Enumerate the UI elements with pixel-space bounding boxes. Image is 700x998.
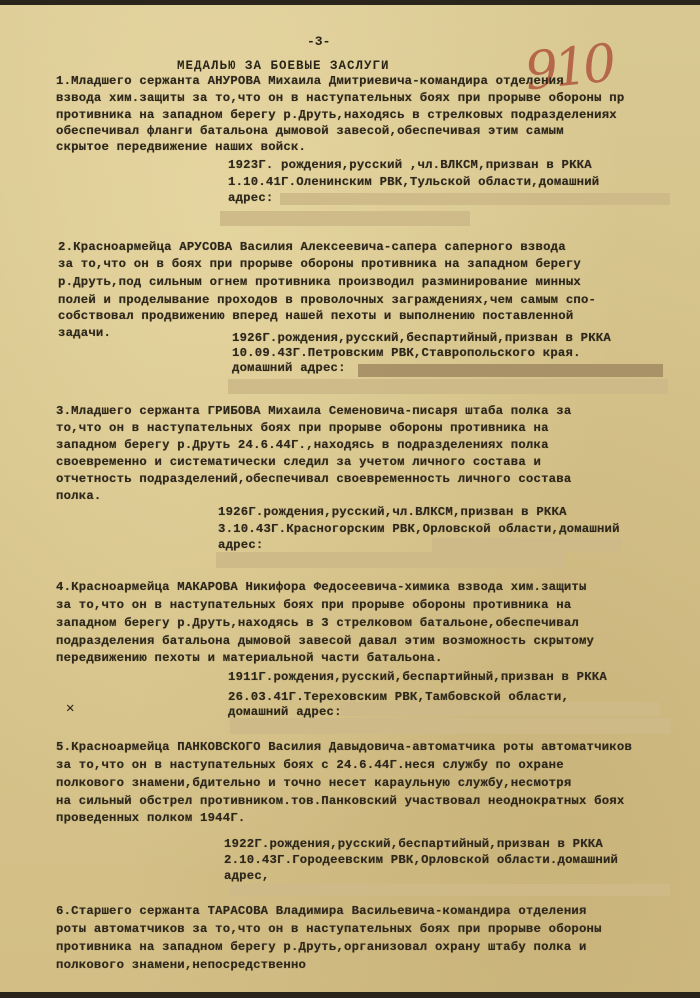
redacted-address — [230, 718, 670, 734]
entry-3-bio: 1926Г.рождения,русский,чл.ВЛКСМ,призван … — [218, 505, 567, 519]
entry-3-line: полка. — [56, 489, 101, 503]
redacted-address — [230, 884, 670, 896]
entry-2-line: 2.Красноармейца АРУСОВА Василия Алексеев… — [58, 240, 566, 254]
entry-2-line: за то,что он в боях при прорыве обороны … — [58, 257, 581, 271]
redacted-address — [220, 211, 470, 226]
page-number: -3- — [307, 34, 330, 49]
redacted-address — [358, 364, 663, 377]
entry-5-line: проведенных полком 1944Г. — [56, 811, 245, 825]
entry-3-line: 3.Младшего сержанта ГРИБОВА Михаила Семе… — [56, 404, 571, 418]
entry-4-address-label: домашний адрес: — [228, 705, 342, 719]
entry-1-address-label: адрес: — [228, 191, 273, 205]
redacted-address — [216, 552, 566, 568]
entry-1-line: взвода хим.защиты за то,что он в наступа… — [56, 91, 624, 105]
scan-edge-top — [0, 0, 700, 5]
entry-3-line: отчетность подразделений,обеспечивал сво… — [56, 472, 571, 486]
entry-1-bio: 1.10.41Г.Оленинским РВК,Тульской области… — [228, 175, 599, 189]
redacted-address — [340, 702, 660, 716]
entry-3-bio: 3.10.43Г.Красногорским РВК,Орловской обл… — [218, 522, 620, 536]
entry-2-line: задачи. — [58, 326, 111, 340]
entry-5-line: 5.Красноармейца ПАНКОВСКОГО Василия Давы… — [56, 740, 632, 754]
entry-6-line: полкового знамени,непосредственно — [56, 958, 306, 972]
redacted-address — [432, 538, 622, 552]
entry-1-line: скрытое передвижение наших войск. — [56, 140, 306, 154]
entry-5-address-label: адрес, — [224, 869, 269, 883]
entry-3-line: своевременно и систематически следил за … — [56, 455, 541, 469]
entry-1-line: обеспечивал фланги батальона дымовой зав… — [56, 124, 564, 138]
entry-2-line: полей и проделывание проходов в проволоч… — [58, 293, 596, 307]
entry-6-line: роты автоматчиков за то,что он в наступа… — [56, 922, 602, 936]
page-title: МЕДАЛЬЮ ЗА БОЕВЫЕ ЗАСЛУГИ — [177, 59, 390, 73]
entry-4-bio: 1911Г.рождения,русский,беспартийный,приз… — [228, 670, 607, 684]
entry-5-line: на сильный обстрел противником.тов.Панко… — [56, 794, 624, 808]
redacted-address — [280, 193, 670, 205]
entry-1-bio: 1923Г. рождения,русский ,чл.ВЛКСМ,призва… — [228, 158, 592, 172]
entry-1-line: противника на западном берегу р.Друть,на… — [56, 108, 617, 122]
entry-5-line: полкового знамени,бдительно и точно несе… — [56, 776, 571, 790]
entry-4-line: подразделения батальона дымовой завесой … — [56, 634, 594, 648]
entry-3-address-label: адрес: — [218, 538, 263, 552]
entry-4-line: передвижению пехоты и материальной части… — [56, 651, 443, 665]
entry-5-bio: 1922Г.рождения,русский,беспартийный,приз… — [224, 837, 603, 851]
entry-2-address-label: домашний адрес: — [232, 361, 346, 375]
document-page: 910 -3- МЕДАЛЬЮ ЗА БОЕВЫЕ ЗАСЛУГИ 1.Млад… — [0, 0, 700, 998]
entry-4-line: за то,что он в наступательных боях при п… — [56, 598, 571, 612]
entry-2-bio: 10.09.43Г.Петровским РВК,Ставропольского… — [232, 346, 581, 360]
entry-5-bio: 2.10.43Г.Городеевским РВК,Орловской обла… — [224, 853, 618, 867]
entry-4-line: 4.Красноармейца МАКАРОВА Никифора Федосе… — [56, 580, 587, 594]
entry-2-line: р.Друть,под сильным огнем противника про… — [58, 275, 581, 289]
entry-3-line: западном берегу р.Друть 24.6.44Г.,находя… — [56, 438, 549, 452]
entry-1-line: 1.Младшего сержанта АНУРОВА Михаила Дмит… — [56, 74, 564, 88]
pen-mark: ✕ — [66, 700, 74, 717]
entry-3-line: то,что он в наступательных боях при прор… — [56, 421, 549, 435]
entry-6-line: противника на западном берегу р.Друть,ор… — [56, 940, 587, 954]
entry-5-line: за то,что он в наступательных боях с 24.… — [56, 758, 564, 772]
entry-2-line: собствовал продвижению вперед нашей пехо… — [58, 309, 573, 323]
entry-2-bio: 1926Г.рождения,русский,беспартийный,приз… — [232, 331, 611, 345]
entry-6-line: 6.Старшего сержанта ТАРАСОВА Владимира В… — [56, 904, 587, 918]
scan-edge-bottom — [0, 992, 700, 998]
entry-4-line: западном берегу р.Друть,находясь в 3 стр… — [56, 616, 579, 630]
redacted-address — [228, 379, 668, 394]
